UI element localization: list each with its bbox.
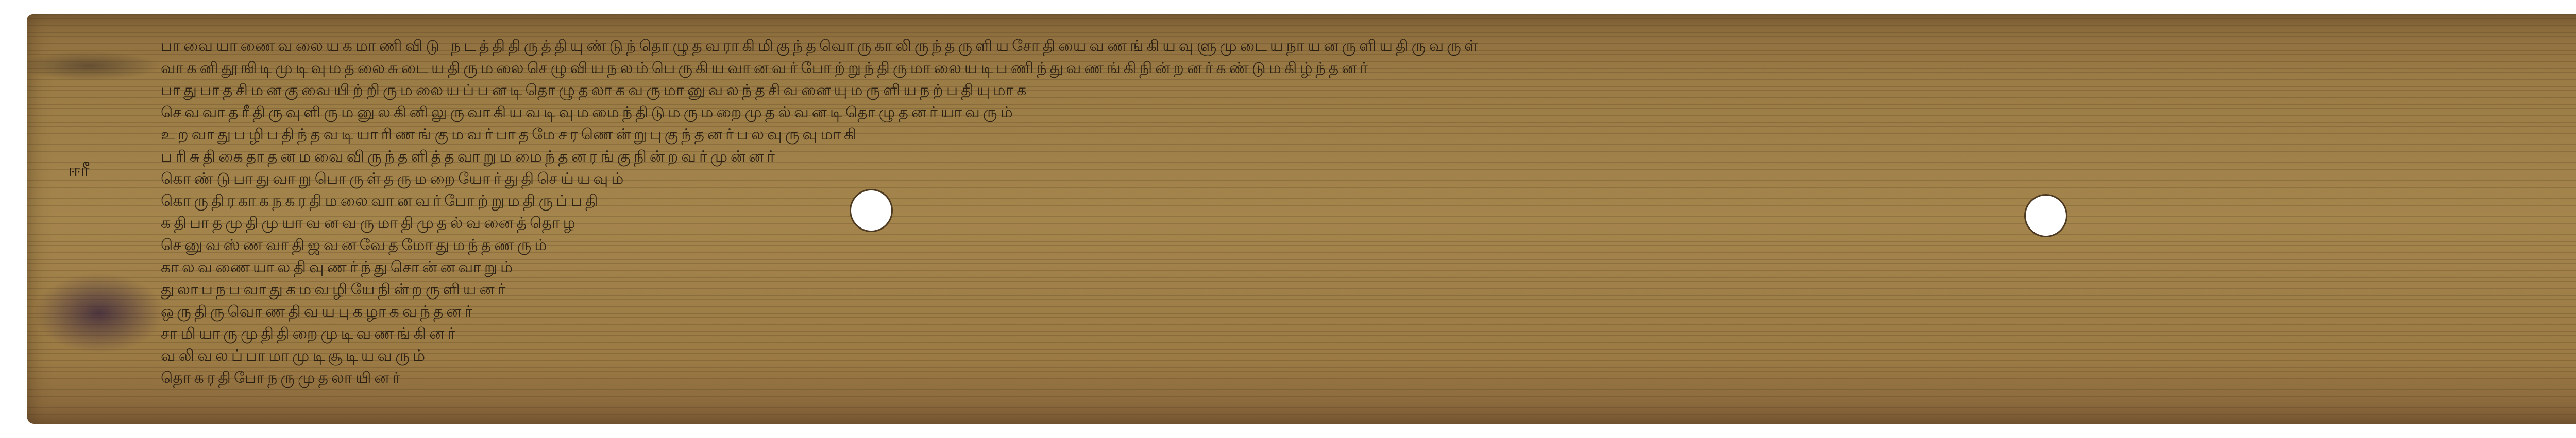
text-line: செவவாதரீதிருவுளிருமனுலகினிலுருவாகியவடிவு… xyxy=(161,101,2576,124)
text-line: தொகரதிபோநருமுதலாயினர் xyxy=(161,367,2576,389)
text-line: ஒருதிருவொணதிவயபுகழாகவந்தனர் xyxy=(161,301,2576,323)
text-line: உறவாதுபழிபதிந்தவடியாரிணங்குமவர்பாதமேசரணெ… xyxy=(161,124,2576,146)
text-line: செனுவஸ்ணவாதிஜவனவேதமோதுமந்தணரும் xyxy=(161,234,2576,256)
text-line: கதிபாதமுதிமுயாவனவருமாதிமுதல்வனைத்தொழ xyxy=(161,212,2576,234)
text-line: பாவையாணைவலையகமாணிவிடு நடத்திதிருத்தியுண்… xyxy=(161,35,2576,57)
text-line: வலிவலப்பாமாமுடிசூடியவரும் xyxy=(161,345,2576,367)
string-hole-left xyxy=(851,190,891,231)
text-line: கொண்டுபாதுவாறுபொருள்தருமறையோர்துதிசெய்யவ… xyxy=(161,168,2576,190)
text-line: காலவணையாலதிவுணர்ந்துசொன்னவாறும் xyxy=(161,256,2576,278)
text-line: துலாபநபவாதுகமவழியேநின்றருளியனர் xyxy=(161,278,2576,301)
text-line: கொருதிரகாகநகரதிமலைவானவர்போற்றுமதிருப்பதி xyxy=(161,190,2576,212)
text-line: சாமியாருமுதிதிறைமுடிவணங்கினர் xyxy=(161,323,2576,345)
text-line: பரிசுதிகைதாதனமவைவிருந்தளித்தவாறுமமைந்தனர… xyxy=(161,146,2576,168)
margin-note: ஈரீ xyxy=(68,160,90,183)
palm-leaf: ஈரீ பாவையாணைவலையகமாணிவிடு நடத்திதிருத்தி… xyxy=(27,14,2576,424)
string-hole-right xyxy=(2026,196,2066,236)
manuscript-text: பாவையாணைவலையகமாணிவிடு நடத்திதிருத்தியுண்… xyxy=(161,35,2576,389)
text-line: வாகனிதூஙிடிமுடிவுமதலைசுடையதிருமலைசெழுவிய… xyxy=(161,57,2576,79)
text-line: பாதுபாதசிமனகுவையிற்றிருமலையப்பனடிதொழுதலா… xyxy=(161,79,2576,101)
